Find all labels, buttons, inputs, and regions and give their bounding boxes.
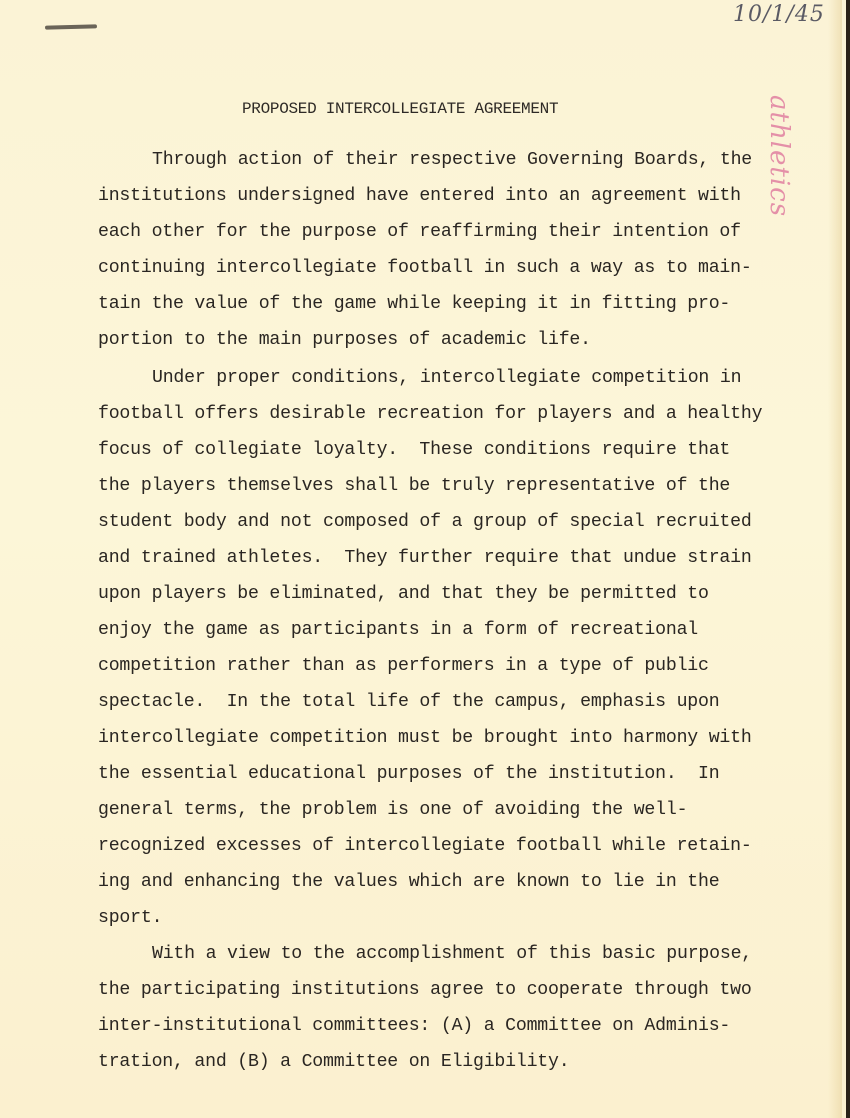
text-line: ing and enhancing the values which are k… xyxy=(98,873,719,891)
text-line: Through action of their respective Gover… xyxy=(152,151,752,169)
document-page: 10/1/45 athletics PROPOSED INTERCOLLEGIA… xyxy=(0,0,846,1118)
text-line: tain the value of the game while keeping… xyxy=(98,295,730,313)
text-line: the essential educational purposes of th… xyxy=(98,765,719,783)
text-line: sport. xyxy=(98,909,162,927)
text-line: focus of collegiate loyalty. These condi… xyxy=(98,441,730,459)
margin-annotation: athletics xyxy=(764,95,794,217)
text-line: spectacle. In the total life of the camp… xyxy=(98,693,719,711)
text-line: continuing intercollegiate football in s… xyxy=(98,259,752,277)
text-line: general terms, the problem is one of avo… xyxy=(98,801,687,819)
document-title: PROPOSED INTERCOLLEGIATE AGREEMENT xyxy=(242,100,558,118)
text-line: the players themselves shall be truly re… xyxy=(98,477,730,495)
text-line: recognized excesses of intercollegiate f… xyxy=(98,837,752,855)
text-line: student body and not composed of a group… xyxy=(98,513,752,531)
text-line: With a view to the accomplishment of thi… xyxy=(152,945,752,963)
text-line: the participating institutions agree to … xyxy=(98,981,752,999)
text-line: institutions undersigned have entered in… xyxy=(98,187,741,205)
text-line: tration, and (B) a Committee on Eligibil… xyxy=(98,1053,569,1071)
page-edge-shadow xyxy=(828,0,842,1118)
handwritten-date: 10/1/45 xyxy=(733,2,825,27)
text-line: and trained athletes. They further requi… xyxy=(98,549,752,567)
text-line: Under proper conditions, intercollegiate… xyxy=(152,369,741,387)
text-line: intercollegiate competition must be brou… xyxy=(98,729,752,747)
text-line: portion to the main purposes of academic… xyxy=(98,331,591,349)
text-line: football offers desirable recreation for… xyxy=(98,405,762,423)
text-line: enjoy the game as participants in a form… xyxy=(98,621,698,639)
text-line: competition rather than as performers in… xyxy=(98,657,709,675)
text-line: each other for the purpose of reaffirmin… xyxy=(98,223,741,241)
text-line: inter-institutional committees: (A) a Co… xyxy=(98,1017,730,1035)
staple-mark xyxy=(45,24,97,29)
text-line: upon players be eliminated, and that the… xyxy=(98,585,709,603)
